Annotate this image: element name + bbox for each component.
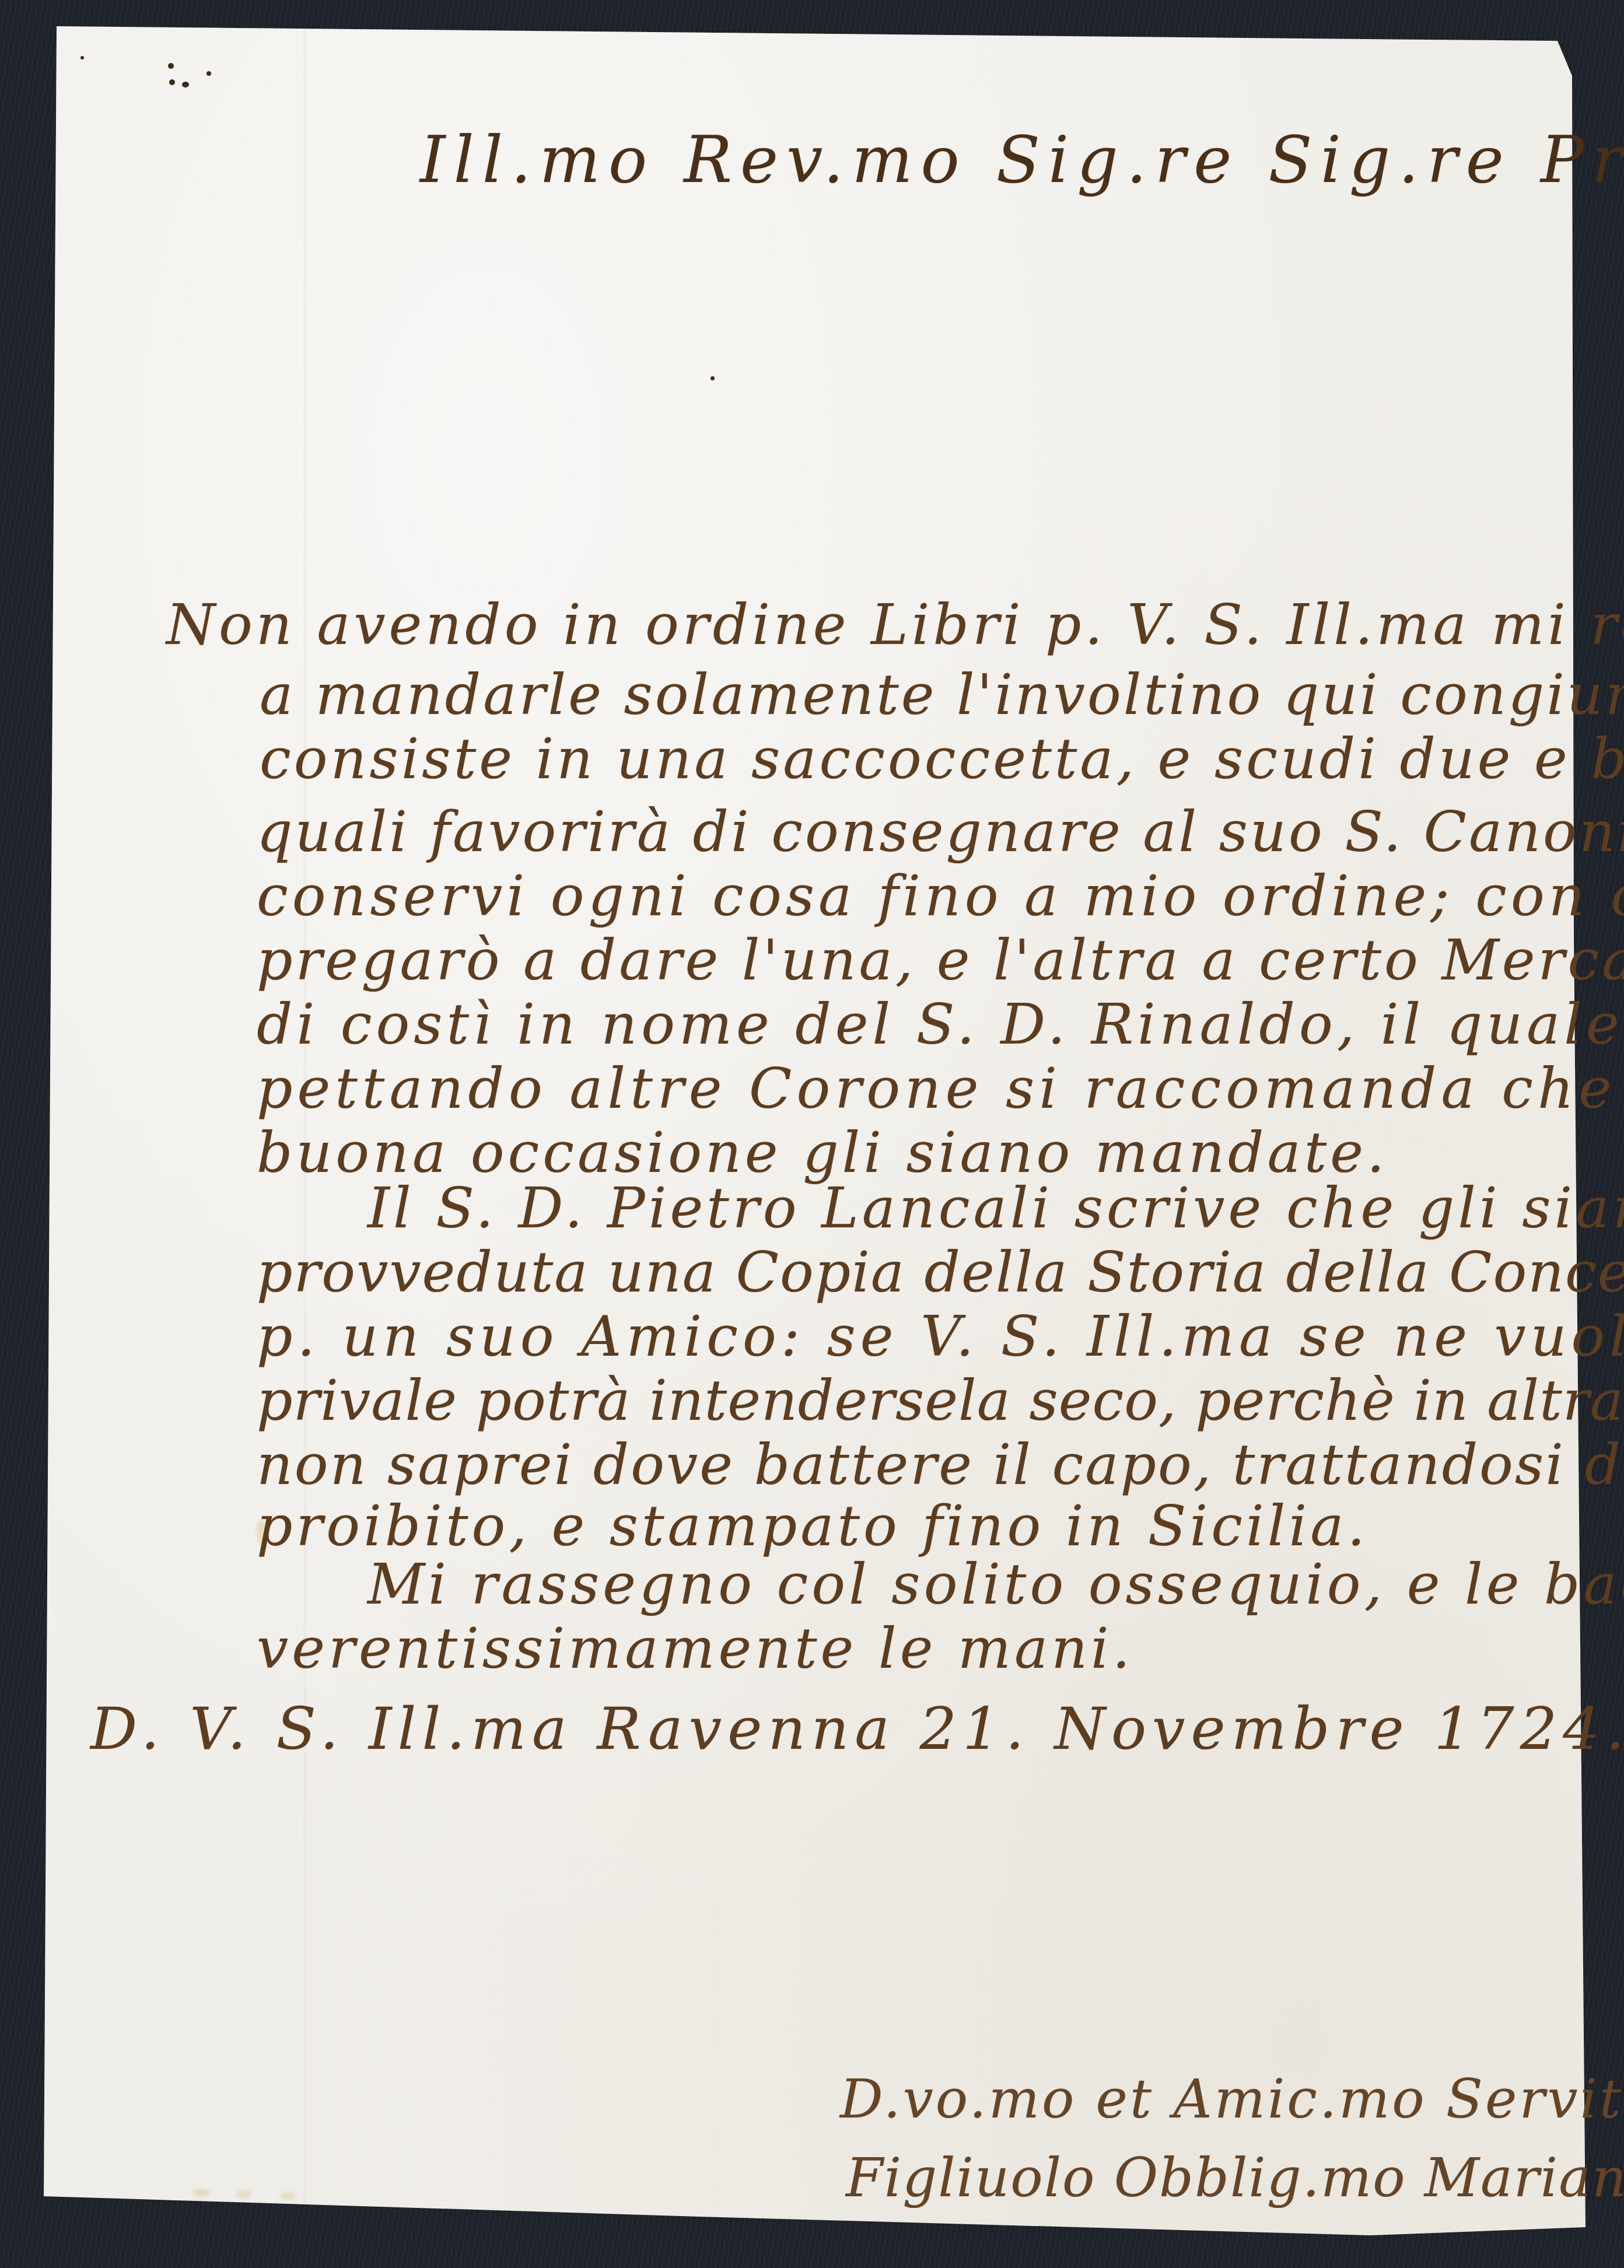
body-line-1: Non avendo in ordine Libri p. V. S. Ill.… (166, 592, 1624, 657)
ink-speck (168, 63, 174, 69)
dateline: D. V. S. Ill.ma Ravenna 21. Novembre 172… (90, 1695, 1624, 1763)
body-line-16: Mi rassegno col solito ossequio, e le ba… (367, 1552, 1624, 1617)
signature-line-2: Figliuolo Obblig.mo Mariangelo. (846, 2147, 1624, 2209)
salutation: Ill.mo Rev.mo Sig.re Sig.re Pron. Col.mo (420, 123, 1624, 197)
ink-speck (206, 71, 211, 76)
body-line-3: consiste in una saccoccetta, e scudi due… (260, 726, 1624, 792)
foxing-stain (192, 2189, 210, 2197)
body-line-14: non saprei dove battere il capo, trattan… (257, 1432, 1624, 1497)
ink-speck (182, 82, 189, 87)
foxing-stain (236, 2190, 251, 2199)
ink-speck (710, 376, 715, 380)
body-line-11: provveduta una Copia della Storia della … (257, 1240, 1624, 1305)
body-line-2: a mandarle solamente l'involtino qui con… (260, 662, 1624, 727)
body-line-12: p. un suo Amico: se V. S. Ill.ma se ne v… (257, 1304, 1624, 1369)
body-line-10: Il S. D. Pietro Lancali scrive che gli s… (367, 1175, 1624, 1241)
signature-line-1: D.vo.mo et Amic.mo Servitore, e (840, 2068, 1624, 2130)
body-line-8: pettando altre Corone si raccomanda che … (257, 1056, 1624, 1121)
foxing-stain (280, 2192, 295, 2199)
body-line-4: quali favorirà di consegnare al suo S. C… (257, 799, 1624, 864)
body-line-15: proibito, e stampato fino in Sicilia. (257, 1493, 1368, 1559)
body-line-7: di costì in nome del S. D. Rinaldo, il q… (257, 992, 1624, 1057)
body-line-6: pregarò a dare l'una, e l'altra a certo … (257, 928, 1624, 993)
ink-speck (80, 56, 84, 60)
body-line-17: verentissimamente le mani. (257, 1616, 1133, 1681)
ink-speck (169, 79, 175, 85)
body-line-13: privale potrà intendersela seco, perchè … (257, 1368, 1624, 1433)
body-line-5: conservi ogni cosa fino a mio ordine; co… (257, 863, 1624, 929)
